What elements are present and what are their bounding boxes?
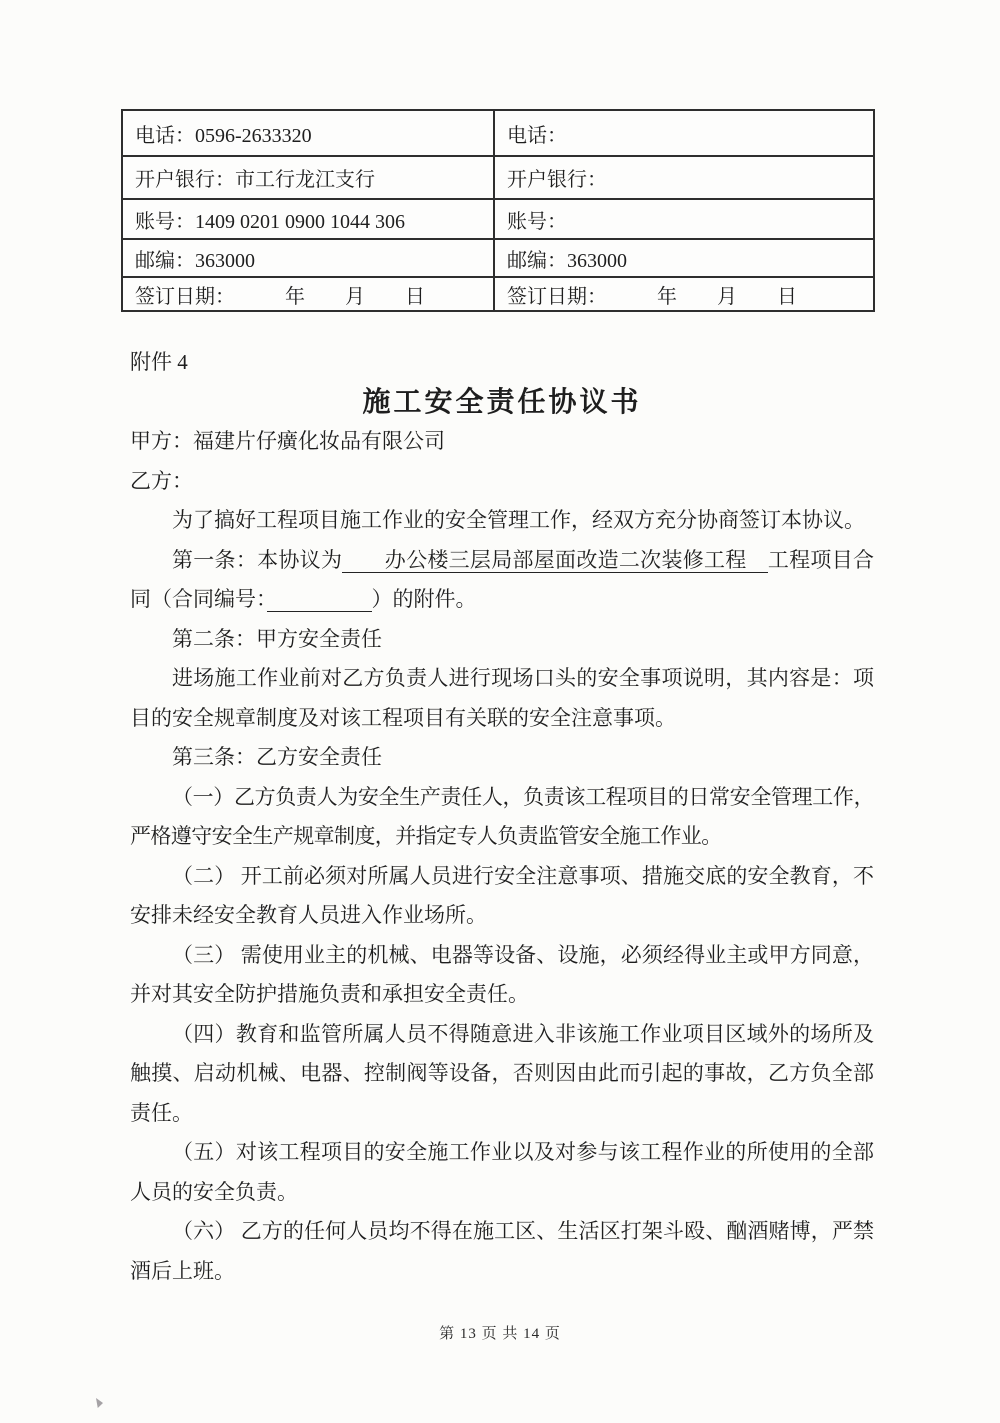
paragraph: （二） 开工前必须对所属人员进行安全注意事项、措施交底的安全教育，不安排未经安全… xyxy=(130,857,874,936)
paragraph: （一）乙方负责人为安全生产责任人，负责该工程项目的日常安全管理工作，严格遵守安全… xyxy=(130,778,874,857)
body-text: （一）乙方负责人为安全生产责任人，负责该工程项目的日常安全管理工作，严格遵守安全… xyxy=(130,785,874,849)
document-page: 电话：0596-2633320电话：开户银行：市工行龙江支行开户银行：账号：14… xyxy=(0,0,1000,1423)
paragraph: （三） 需使用业主的机械、电器等设备、设施，必须经得业主或甲方同意，并对其安全防… xyxy=(130,936,874,1015)
body-text: 第二条：甲方安全责任 xyxy=(172,627,382,651)
table-cell-left-3: 邮编：363000 xyxy=(123,240,495,278)
bank-table: 电话：0596-2633320电话：开户银行：市工行龙江支行开户银行：账号：14… xyxy=(121,109,875,312)
body-text: （四）教育和监管所属人员不得随意进入非该施工作业项目区域外的场所及触摸、启动机械… xyxy=(130,1022,874,1125)
body-text: ）的附件。 xyxy=(372,587,477,611)
table-cell-right-4: 签订日期： 年 月 日 xyxy=(495,278,873,310)
agreement-body: 为了搞好工程项目施工作业的安全管理工作，经双方充分协商签订本协议。第一条：本协议… xyxy=(130,501,874,1291)
body-text: 第三条：乙方安全责任 xyxy=(172,745,382,769)
paragraph: 第一条：本协议为 办公楼三层局部屋面改造二次装修工程 工程项目合同（合同编号： … xyxy=(130,541,874,620)
table-cell-left-0: 电话：0596-2633320 xyxy=(123,111,495,157)
body-text: 第一条：本协议为 xyxy=(172,548,342,572)
paragraph: （六） 乙方的任何人员均不得在施工区、生活区打架斗殴、酗酒赌博，严禁酒后上班。 xyxy=(130,1212,874,1291)
underlined-blank: 办公楼三层局部屋面改造二次装修工程 xyxy=(342,548,768,573)
table-cell-left-4: 签订日期： 年 月 日 xyxy=(123,278,495,310)
table-cell-right-1: 开户银行： xyxy=(495,157,873,200)
body-text: （三） 需使用业主的机械、电器等设备、设施，必须经得业主或甲方同意，并对其安全防… xyxy=(130,943,874,1007)
body-text: 为了搞好工程项目施工作业的安全管理工作，经双方充分协商签订本协议。 xyxy=(172,508,865,532)
table-cell-left-2: 账号：1409 0201 0900 1044 306 xyxy=(123,200,495,240)
paragraph: 第二条：甲方安全责任 xyxy=(130,620,874,660)
scan-artifact xyxy=(96,1398,103,1408)
paragraph: 为了搞好工程项目施工作业的安全管理工作，经双方充分协商签订本协议。 xyxy=(130,501,874,541)
underlined-blank xyxy=(267,587,372,612)
party-b-line: 乙方： xyxy=(130,462,874,502)
paragraph: （四）教育和监管所属人员不得随意进入非该施工作业项目区域外的场所及触摸、启动机械… xyxy=(130,1015,874,1134)
agreement-title: 施工安全责任协议书 xyxy=(130,383,874,423)
attachment-label: 附件 4 xyxy=(130,343,874,383)
body-text: （二） 开工前必须对所属人员进行安全注意事项、措施交底的安全教育，不安排未经安全… xyxy=(130,864,874,928)
paragraph: 第三条：乙方安全责任 xyxy=(130,738,874,778)
table-cell-right-2: 账号： xyxy=(495,200,873,240)
paragraph: 进场施工作业前对乙方负责人进行现场口头的安全事项说明，其内容是：项目的安全规章制… xyxy=(130,659,874,738)
page-number: 第 13 页 共 14 页 xyxy=(0,1322,1000,1343)
body-text: （六） 乙方的任何人员均不得在施工区、生活区打架斗殴、酗酒赌博，严禁酒后上班。 xyxy=(130,1219,874,1283)
table-cell-right-0: 电话： xyxy=(495,111,873,157)
body-text: 进场施工作业前对乙方负责人进行现场口头的安全事项说明，其内容是：项目的安全规章制… xyxy=(130,666,874,730)
party-a-line: 甲方：福建片仔癀化妆品有限公司 xyxy=(130,422,874,462)
table-cell-left-1: 开户银行：市工行龙江支行 xyxy=(123,157,495,200)
paragraph: （五）对该工程项目的安全施工作业以及对参与该工程作业的所使用的全部人员的安全负责… xyxy=(130,1133,874,1212)
agreement-section: 附件 4 施工安全责任协议书 甲方：福建片仔癀化妆品有限公司 乙方： 为了搞好工… xyxy=(122,343,874,1291)
table-cell-right-3: 邮编：363000 xyxy=(495,240,873,278)
body-text: （五）对该工程项目的安全施工作业以及对参与该工程作业的所使用的全部人员的安全负责… xyxy=(130,1140,874,1204)
